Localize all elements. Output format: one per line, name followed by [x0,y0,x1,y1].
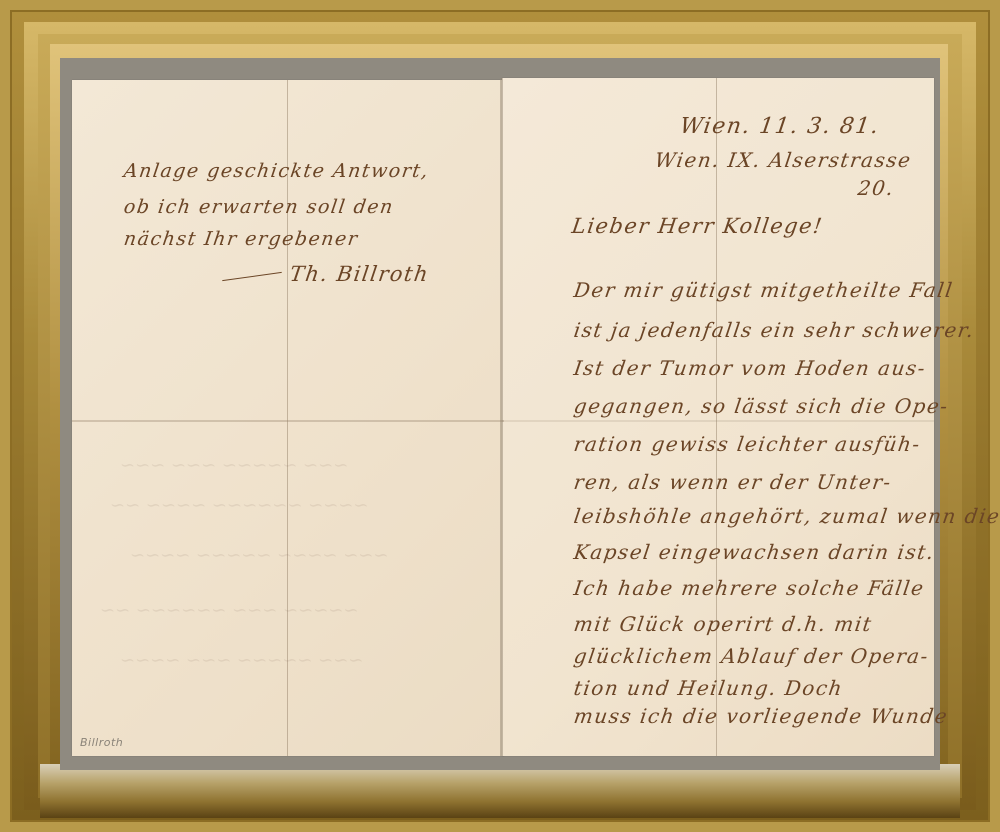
body-line: tion und Heilung. Doch [572,676,845,700]
signature: Th. Billroth [288,262,430,286]
body-line: glücklichem Ablauf der Opera- [572,644,930,668]
body-line: ration gewiss leichter ausfüh- [572,432,922,456]
body-line: Ich habe mehrere solche Fälle [572,576,926,600]
body-line: ren, als wenn er der Unter- [572,470,893,494]
bleed-through-text: ~~~~~ ~~~ ~~~~~~ ~~ [99,600,360,621]
body-line: gegangen, so lässt sich die Ope- [572,394,950,418]
fold-line-left-horizontal [72,420,504,422]
fold-line-right-horizontal [502,420,934,422]
bleed-through-text: ~~~ ~~~~~ ~~~ ~~~ [119,455,350,476]
closing-line: Anlage geschickte Antwort, [122,160,430,182]
body-line: mit Glück operirt d.h. mit [572,612,874,636]
body-line: ist ja jedenfalls ein sehr schwerer. [572,318,976,342]
body-line: Ist der Tumor vom Hoden aus- [572,356,927,380]
body-line: Kapsel eingewachsen darin ist. [572,540,936,564]
letter-address-line1: Wien. IX. Alserstrasse [653,148,913,172]
body-line: Der mir gütigst mitgetheilte Fall [572,278,955,302]
pencil-annotation: Billroth [80,736,123,749]
closing-line: nächst Ihr ergebener [122,228,360,250]
letter-address-line2: 20. [856,176,896,200]
bleed-through-text: ~~~ ~~~~~ ~~~ ~~~~ [119,650,365,671]
letter-date: Wien. 11. 3. 81. [678,114,881,139]
bleed-through-text: ~~~~ ~~~~~~ ~~~~ ~~ [109,495,370,516]
closing-line: ob ich erwarten soll den [122,196,395,218]
frame-bottom-rail [40,764,960,818]
salutation: Lieber Herr Kollege! [570,214,824,238]
body-line: muss ich die vorliegende Wunde [572,704,950,728]
bleed-through-text: ~~~ ~~~~ ~~~~~ ~~~~ [129,545,390,566]
body-line: leibshöhle angehört, zumal wenn die [572,504,1000,528]
page-seam [500,78,503,756]
